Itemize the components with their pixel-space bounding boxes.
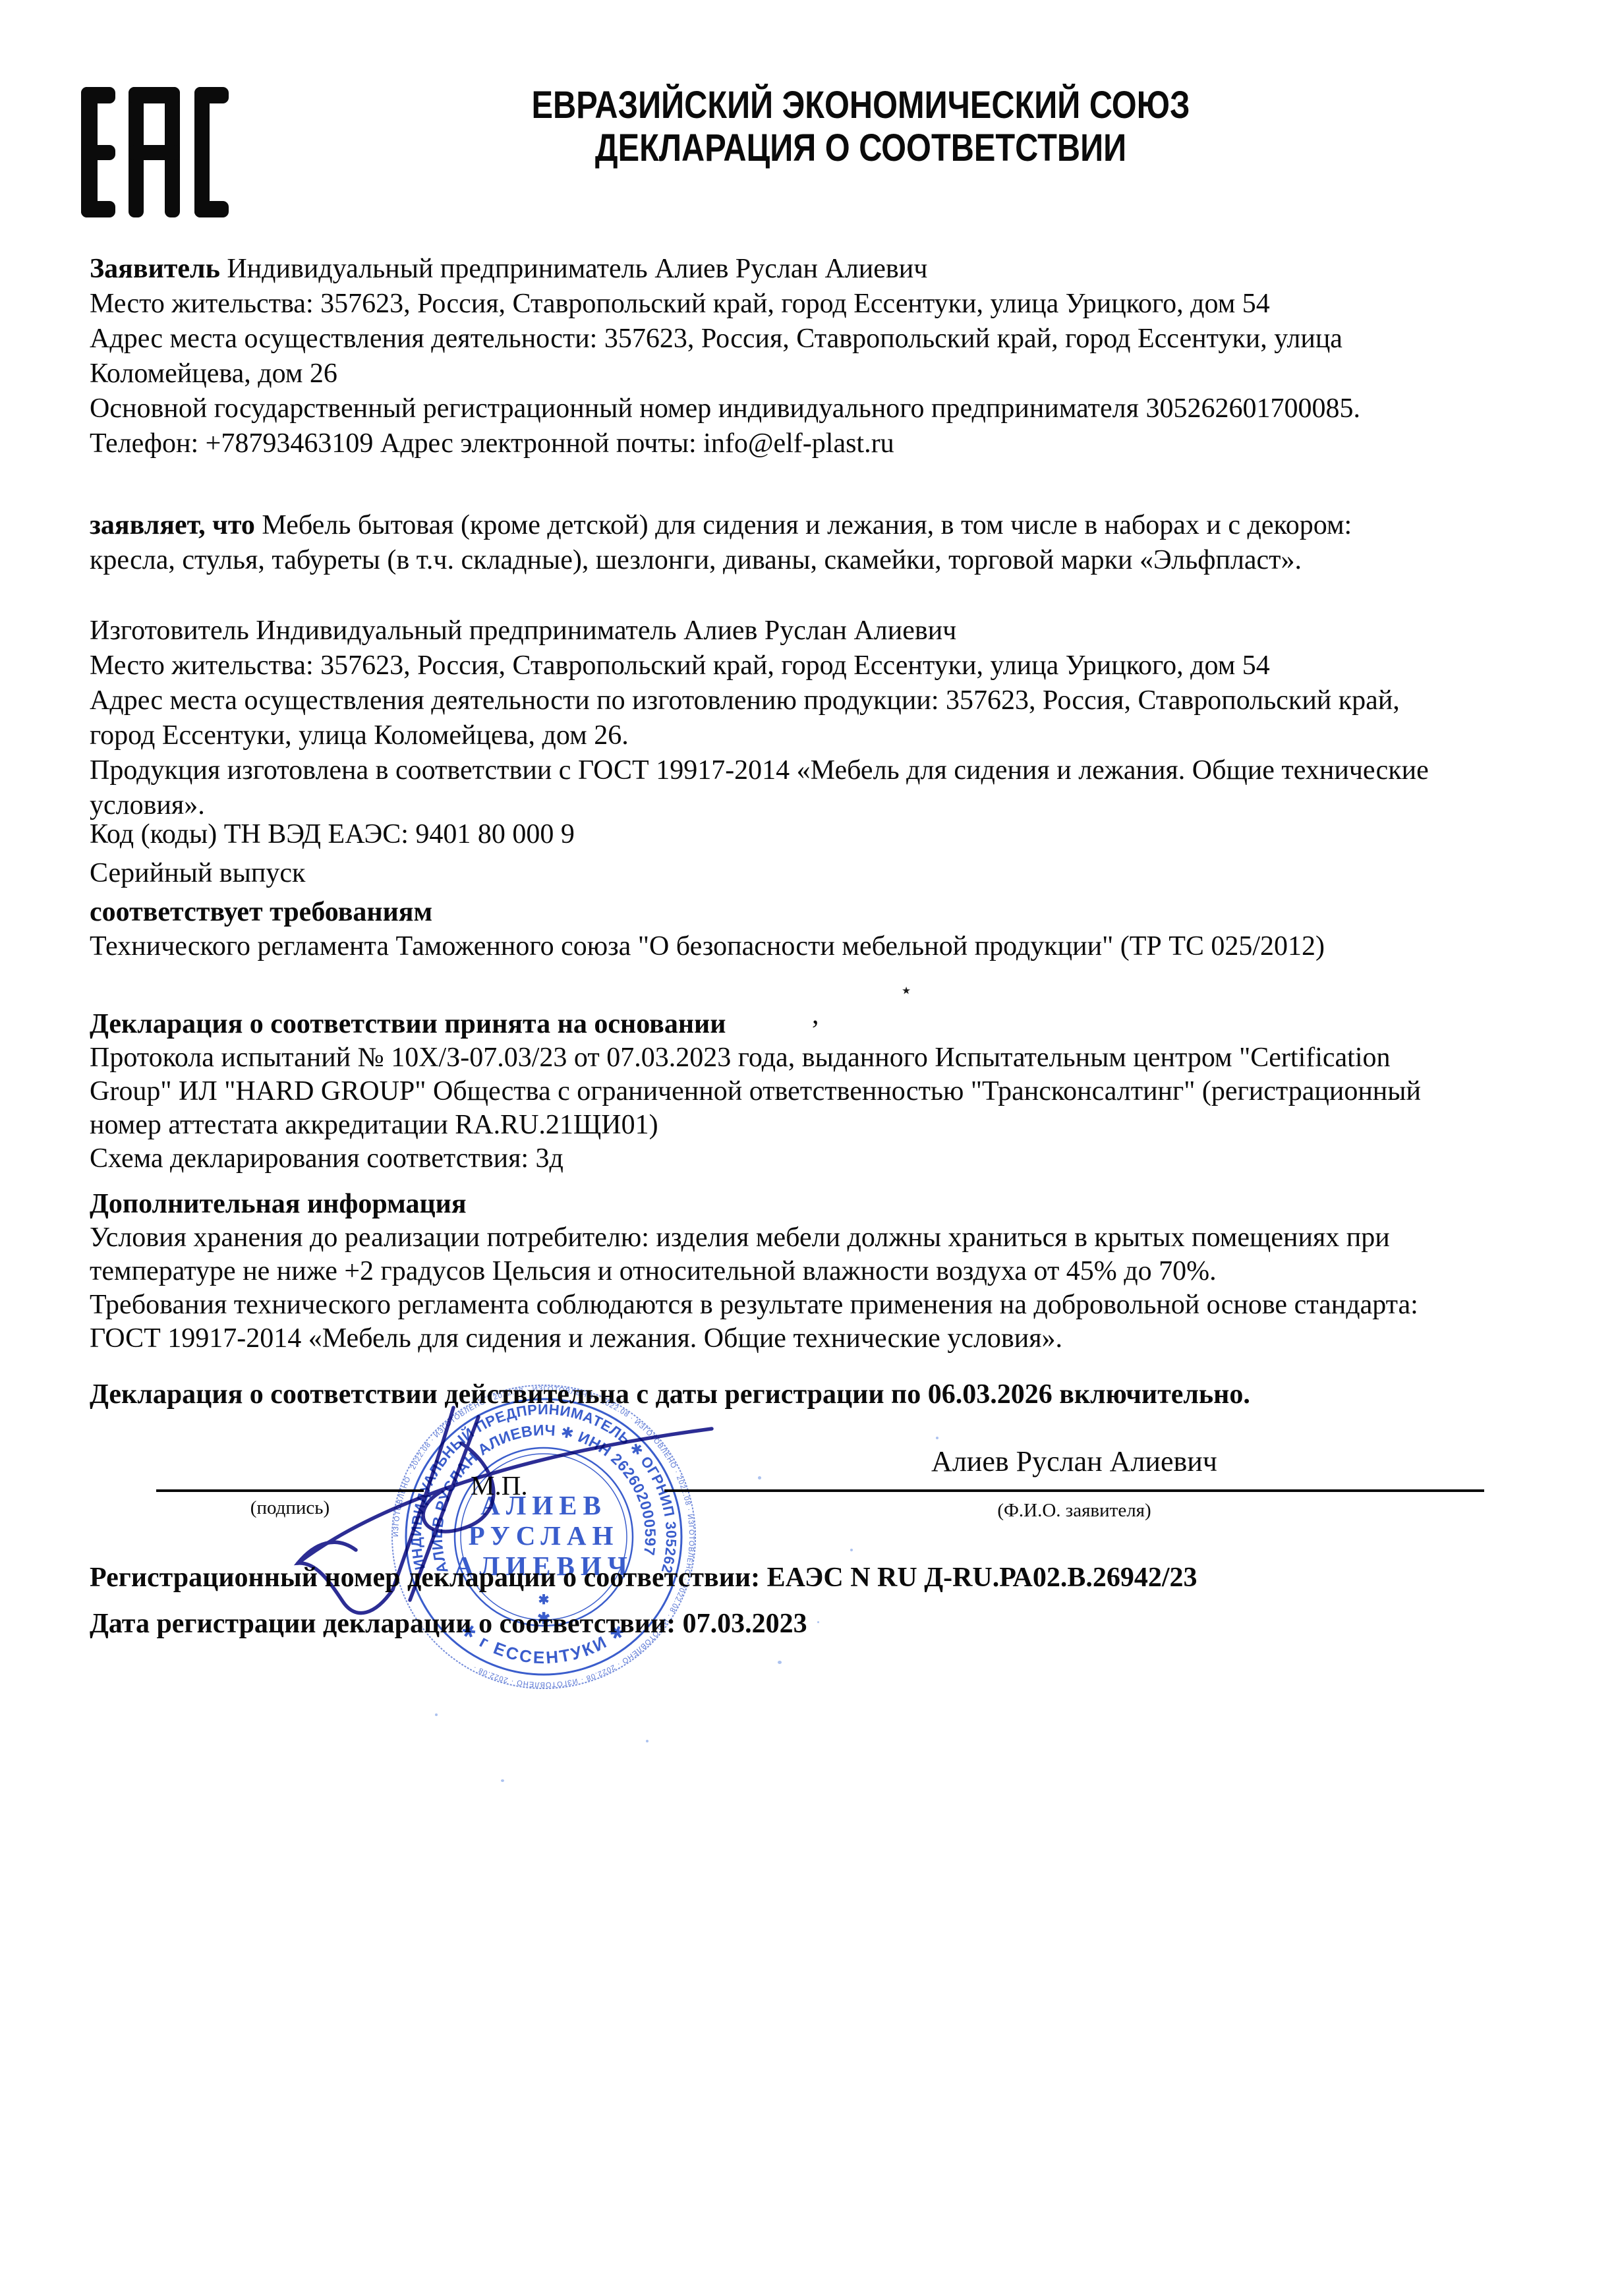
title-line-2: ДЕКЛАРАЦИЯ О СООТВЕТСТВИИ [415,126,1307,170]
title-line-1: ЕВРАЗИЙСКИЙ ЭКОНОМИЧЕСКИЙ СОЮЗ [415,83,1307,127]
regulation-text: Технического регламента Таможенного союз… [90,929,1443,964]
product-description: Мебель бытовая (кроме детской) для сиден… [90,510,1352,575]
applicant-line: Заявитель Индивидуальный предприниматель… [90,252,1443,287]
manufacturer-gost: Продукция изготовлена в соответствии с Г… [90,753,1443,823]
ink-speck: , [812,999,819,1031]
applicant-ogrnip: Основной государственный регистрационный… [90,391,1443,426]
handwritten-signature [217,1384,732,1621]
fio-rule [664,1489,1484,1492]
applicant-section: Заявитель Индивидуальный предприниматель… [90,252,1443,461]
applicant-name: Индивидуальный предприниматель Алиев Рус… [227,254,927,284]
applicant-activity-address: Адрес места осуществления деятельности: … [90,322,1443,391]
ink-speck [778,1661,782,1664]
declaration-document: ЕВРАЗИЙСКИЙ ЭКОНОМИЧЕСКИЙ СОЮЗ ДЕКЛАРАЦИ… [0,0,1616,2296]
ink-speck [758,1476,761,1479]
manufacturer-label: Изготовитель [90,616,249,646]
manufacturer-residence: Место жительства: 357623, Россия, Ставро… [90,648,1443,683]
regulation-line: Технического регламента Таможенного союз… [90,929,1443,964]
compliance-label: соответствует требованиям [90,895,1443,930]
tnved-code: Код (коды) ТН ВЭД ЕАЭС: 9401 80 000 9 [90,817,1443,852]
ink-speck [850,1549,853,1551]
applicant-contacts: Телефон: +78793463109 Адрес электронной … [90,426,1443,461]
basis-scheme: Схема декларирования соответствия: 3д [90,1142,1443,1176]
manufacturer-production-address: Адрес места осуществления деятельности п… [90,683,1443,753]
ink-speck [646,1740,649,1742]
fio-caption: (Ф.И.О. заявителя) [664,1500,1484,1522]
manufacturer-name: Индивидуальный предприниматель Алиев Рус… [256,616,956,646]
basis-heading: Декларация о соответствии принята на осн… [90,1008,1443,1041]
declares-line: заявляет, что Мебель бытовая (кроме детс… [90,508,1443,578]
ink-speck [501,1779,504,1782]
serial-release: Серийный выпуск [90,856,1443,891]
ink-speck: ٭ [902,981,911,1000]
serial-line: Серийный выпуск [90,856,1443,891]
ink-speck [817,1621,819,1623]
applicant-fio: Алиев Руслан Алиевич [664,1445,1484,1478]
eac-logo [81,87,229,217]
declares-label: заявляет, что [90,510,255,540]
compliance-heading: соответствует требованиям [90,895,1443,930]
ink-speck [936,1437,938,1439]
tnved-code-line: Код (коды) ТН ВЭД ЕАЭС: 9401 80 000 9 [90,817,1443,852]
storage-conditions: Условия хранения до реализации потребите… [90,1221,1443,1288]
voluntary-standard: Требования технического регламента соблю… [90,1288,1443,1356]
additional-info-heading: Дополнительная информация [90,1188,1443,1221]
manufacturer-line: Изготовитель Индивидуальный предпринимат… [90,614,1443,648]
basis-protocol: Протокола испытаний № 10Х/З-07.03/23 от … [90,1041,1443,1142]
ink-speck [435,1713,438,1716]
declares-section: заявляет, что Мебель бытовая (кроме детс… [90,508,1443,578]
manufacturer-section: Изготовитель Индивидуальный предпринимат… [90,614,1443,823]
applicant-label: Заявитель [90,254,220,284]
applicant-residence: Место жительства: 357623, Россия, Ставро… [90,287,1443,322]
additional-info-section: Дополнительная информация Условия хранен… [90,1188,1443,1356]
basis-section: Декларация о соответствии принята на осн… [90,1008,1443,1176]
